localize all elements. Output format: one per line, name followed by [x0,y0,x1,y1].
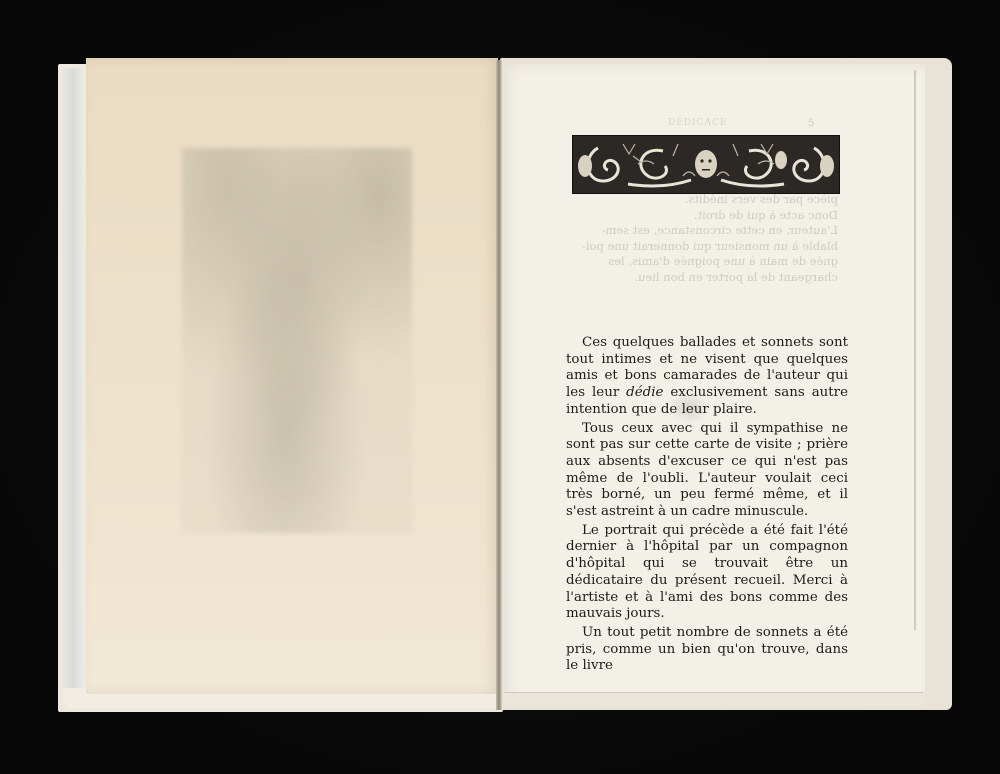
portrait-show-through [182,148,412,533]
ornament-icon [573,136,839,193]
left-binding-strip [62,68,84,688]
ghost-line: chargeant de la porter en bon lieu. [568,270,838,286]
emphasis-dedie: dédie [626,385,663,400]
right-page-bottom-edge [504,692,924,707]
ornamental-headpiece [572,135,840,194]
ghost-line: L'auteur, en cette circonstance, est sem… [568,223,838,239]
paragraph-4: Un tout petit nombre de sonnets a été pr… [566,625,848,675]
ghost-line: pièce par des vers inédits. [568,192,838,208]
paragraph-3: Le portrait qui précède a été fait l'été… [566,523,848,623]
book-photograph: DÉDICACE 5 [0,0,1000,774]
show-through-text: pièce par des vers inédits. Donc acte à … [568,192,838,285]
deckled-edge [914,70,916,630]
ghost-line: Donc acte à qui de droit. [568,208,838,224]
paragraph-2: Tous ceux avec qui il sympathise ne sont… [566,421,848,521]
ghost-running-head: DÉDICACE [668,118,727,128]
ghost-line: gnée de main à une poignée d'amis, les [568,254,838,270]
left-page [86,58,498,694]
dedication-text: Ces quelques ballades et sonnets sont to… [566,335,848,677]
book-gutter [496,60,502,710]
ghost-line: blable à un monsieur qui donnerait une p… [568,239,838,255]
paragraph-1: Ces quelques ballades et sonnets sont to… [566,335,848,419]
ghost-page-number: 5 [808,118,814,129]
